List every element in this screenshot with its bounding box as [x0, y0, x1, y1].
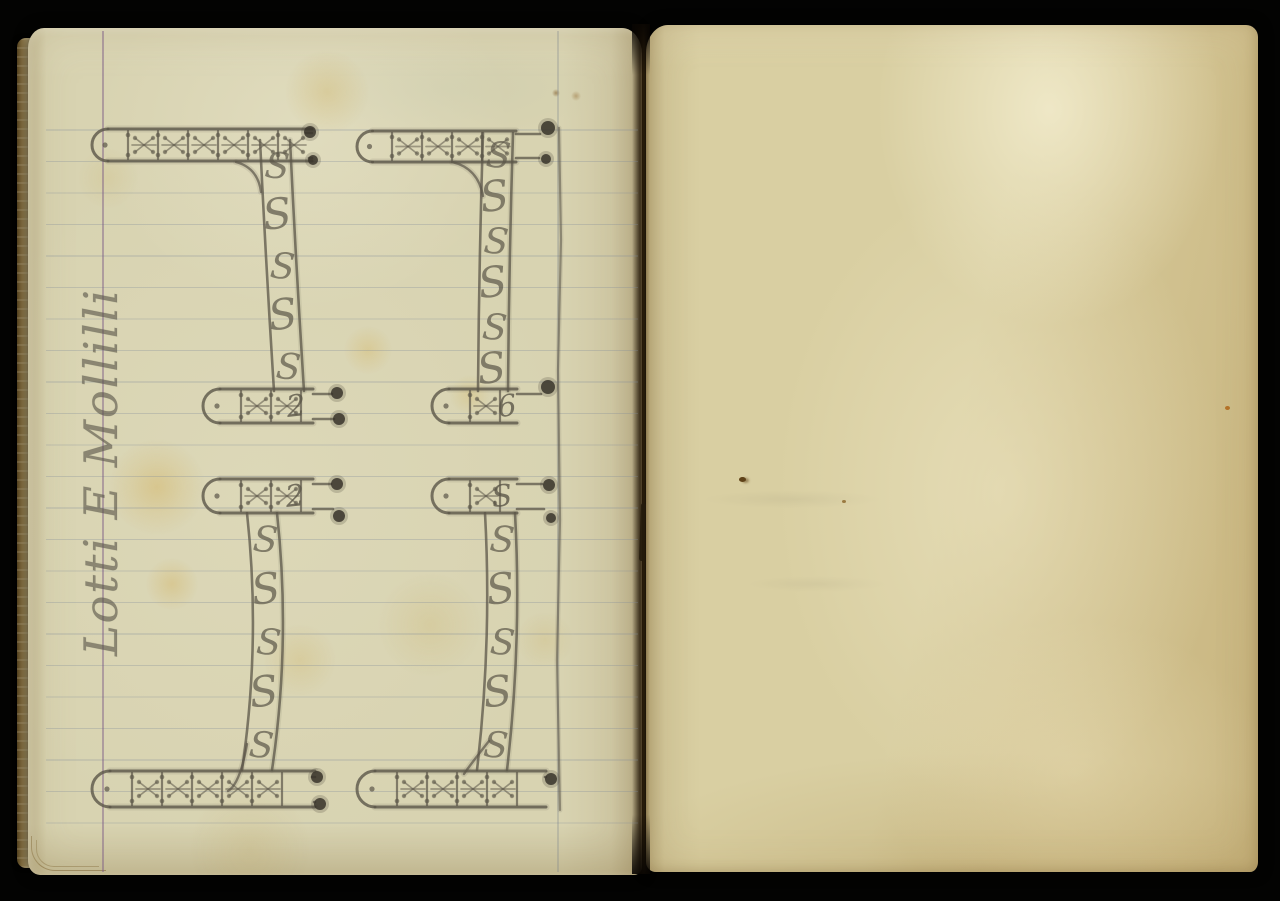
notebook-right-page	[646, 25, 1258, 872]
left-page-stains	[28, 28, 642, 875]
foxing-speck	[842, 500, 846, 503]
foxing-speck	[739, 477, 746, 482]
left-page-corner-curl-inner	[36, 840, 99, 867]
book-spine-gutter	[632, 24, 650, 874]
notebook-left-page	[28, 28, 642, 875]
foxing-speck	[1225, 406, 1230, 410]
left-page-corner-curl	[31, 836, 106, 871]
photo-stage: Lotti E Mollilli SSSSS2SSSSSS6SSSSS2SSSS…	[0, 0, 1280, 901]
